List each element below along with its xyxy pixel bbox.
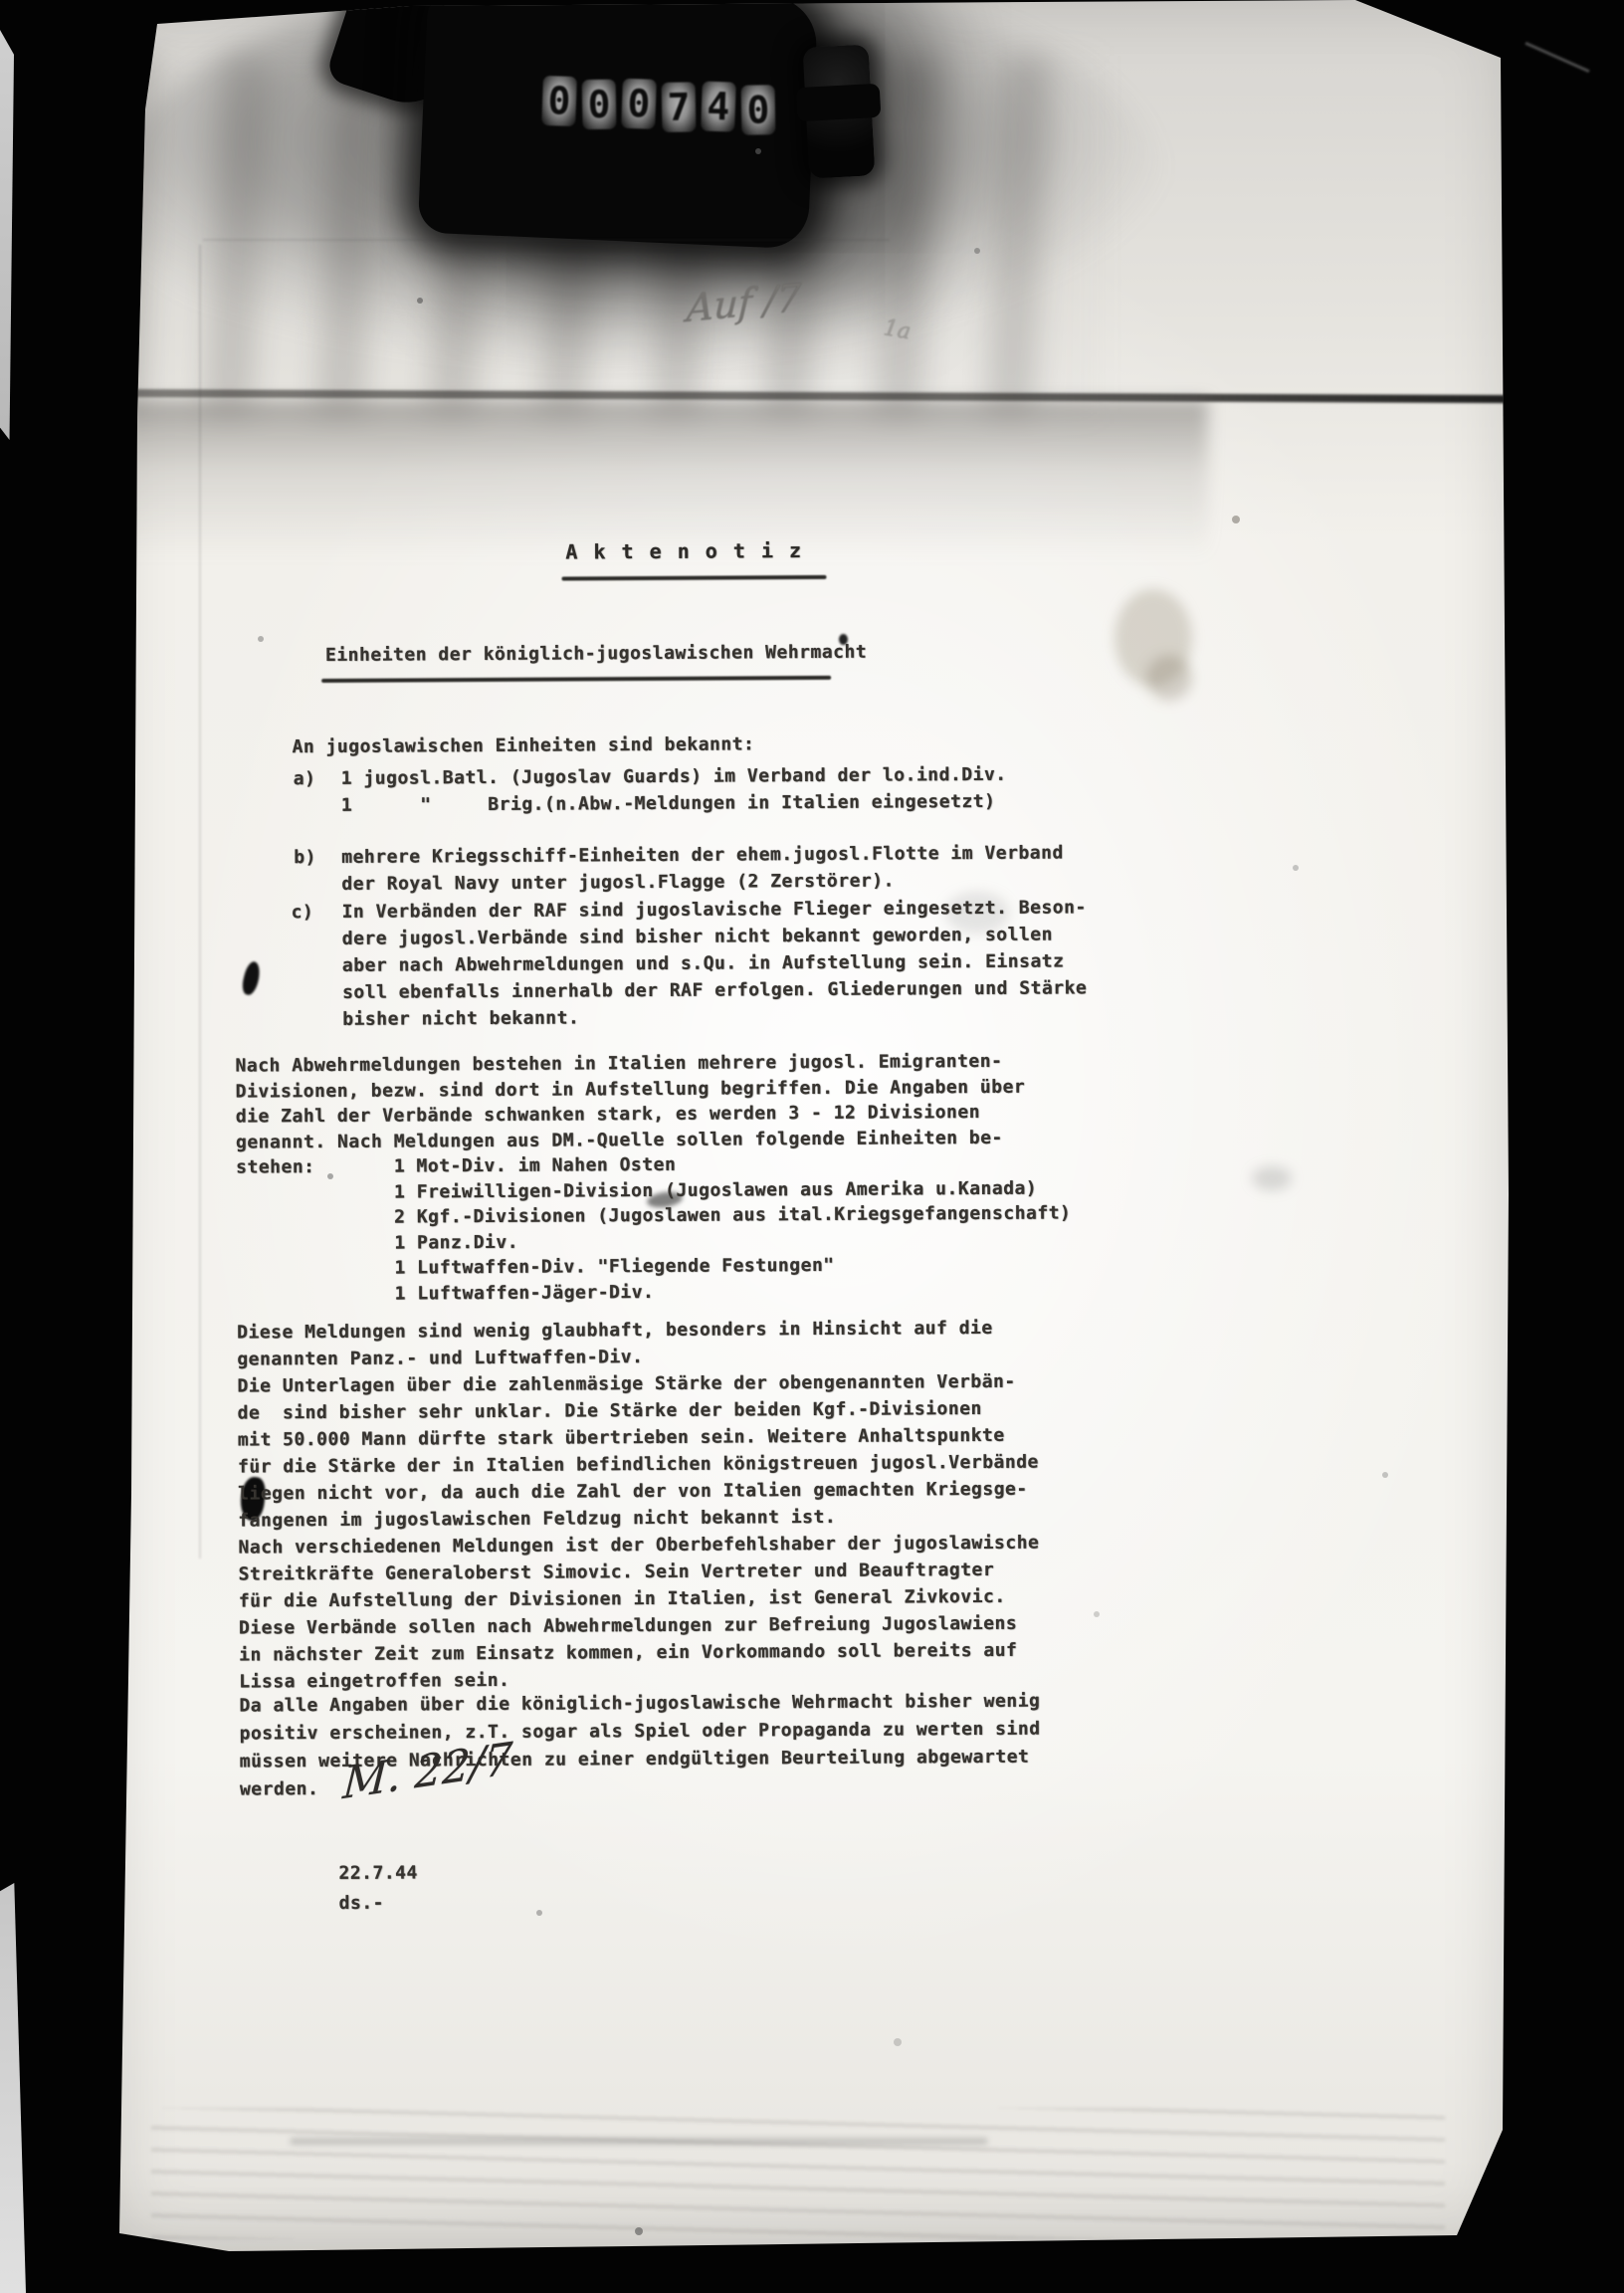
item-a-label: a) xyxy=(294,765,316,792)
memo-text-layer: Auf /7 1a A k t e n o t i z Einheiten de… xyxy=(0,0,1624,2293)
memo-intro: An jugoslawischen Einheiten sind bekannt… xyxy=(292,730,754,760)
item-b-label: b) xyxy=(294,844,316,871)
item-b-text: mehrere Kriegsschiff-Einheiten der ehem.… xyxy=(341,839,1064,897)
title-underline xyxy=(561,575,826,581)
memo-initials: ds.- xyxy=(339,1890,385,1917)
paragraph-assessment: Diese Meldungen sind wenig glaubhaft, be… xyxy=(237,1315,1040,1696)
handwritten-note-top-right: Auf /7 xyxy=(686,276,802,330)
item-c-text: In Verbänden der RAF sind jugoslavische … xyxy=(341,894,1087,1033)
item-c-label: c) xyxy=(291,899,313,926)
memo-subtitle: Einheiten der königlich-jugoslawischen W… xyxy=(325,639,867,669)
dust-specks xyxy=(0,0,4,4)
memo-title: A k t e n o t i z xyxy=(565,537,803,565)
handwritten-note-small: 1a xyxy=(882,315,913,344)
memo-date: 22.7.44 xyxy=(338,1859,418,1886)
scanned-document-photo: 0 0 0 7 4 0 Auf /7 1a A k t e n o t i z … xyxy=(0,0,1624,2293)
paragraph-units: Nach Abwehrmeldungen bestehen in Italien… xyxy=(235,1048,1071,1307)
subtitle-underline xyxy=(321,676,831,683)
item-a-text: 1 jugosl.Batl. (Jugoslav Guards) im Verb… xyxy=(341,761,1007,819)
